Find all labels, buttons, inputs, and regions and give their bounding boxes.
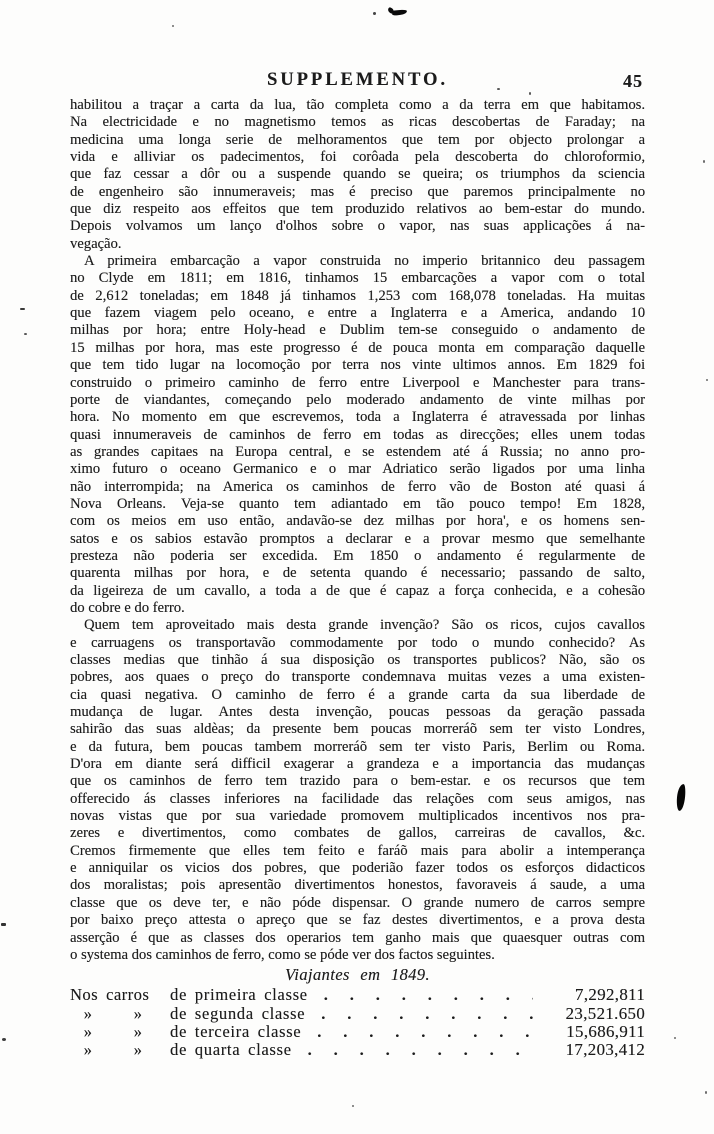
text-line: que fazem viagem pelo oceano, e entre a … [70, 305, 645, 322]
scanned-book-page: SUPPLEMENTO. 45 habilitou a traçar a car… [0, 0, 714, 1134]
text-line: e carruagens os transportavão commodamen… [70, 635, 645, 652]
page-title: SUPPLEMENTO. [70, 70, 645, 91]
scan-speck [2, 1038, 6, 1041]
text-line: no Clyde em 1811; em 1816, tinhamos 15 e… [70, 270, 645, 287]
text-line: e anniquilar os vicios dos pobres, que p… [70, 860, 645, 877]
text-line: medicina uma longa serie de melhoramento… [70, 132, 645, 149]
scan-speck [1, 923, 6, 926]
scan-speck [24, 333, 27, 335]
row-class-label: de terceira classe [170, 1023, 301, 1041]
dot-leader: . . . . . . . . . . . . . . . . [308, 987, 533, 1005]
paragraph: A primeira embarcação a vapor construida… [70, 253, 645, 617]
text-line: dos moralistas; pois apresentão divertim… [70, 877, 645, 894]
ink-blob-artifact [676, 784, 686, 812]
text-line: hora. No momento em que escrevemos, toda… [70, 409, 645, 426]
body-text: habilitou a traçar a carta da lua, tão c… [70, 97, 645, 964]
table-row: »»de quarta classe. . . . . . . . . . . … [70, 1041, 645, 1059]
text-line: A primeira embarcação a vapor construida… [70, 253, 645, 270]
scan-speck [706, 379, 708, 381]
text-line: as grandes capitaes na Europa central, e… [70, 444, 645, 461]
text-line: do cobre e do ferro. [70, 600, 645, 617]
text-line: e da futura, bem poucas tambem morreráõ … [70, 739, 645, 756]
scan-speck [674, 1037, 676, 1039]
text-line: cia quasi negativa. O caminho de ferro é… [70, 687, 645, 704]
scan-speck [352, 1105, 354, 1107]
scan-speck [172, 25, 174, 27]
text-line: classes medias que tinhão á sua disposiç… [70, 652, 645, 669]
text-line: de 2,612 toneladas; em 1848 já tinhamos … [70, 288, 645, 305]
ditto-mark: » [70, 1041, 106, 1059]
ditto-mark: » [70, 1023, 106, 1041]
scan-speck [703, 160, 705, 163]
page-number: 45 [623, 71, 643, 92]
text-line: Cremos firmemente que elles tem feito e … [70, 843, 645, 860]
row-value: 17,203,412 [533, 1041, 645, 1059]
page-content: habilitou a traçar a carta da lua, tão c… [70, 97, 645, 1060]
text-line: sahirão das suas aldèas; da presente bem… [70, 721, 645, 738]
text-line: pobres, aos quaes o preço do transporte … [70, 669, 645, 686]
text-line: offerecido ás classes inferiores na faci… [70, 791, 645, 808]
row-class-label: de segunda classe [170, 1005, 305, 1023]
text-line: habilitou a traçar a carta da lua, tão c… [70, 97, 645, 114]
section-heading: Viajantes em 1849. [70, 966, 645, 984]
text-line: mudança de lugar. Antes desta invenção, … [70, 704, 645, 721]
text-line: satos e os sabios estavão promptos a dec… [70, 531, 645, 548]
row-label-part: Nos [70, 986, 106, 1004]
ditto-mark: » [106, 1023, 170, 1041]
text-line: asserção é que as classes dos operarios … [70, 930, 645, 947]
row-class-label: de primeira classe [170, 986, 308, 1004]
text-line: novas vistas que por sua variedade promo… [70, 808, 645, 825]
row-value: 23,521.650 [533, 1005, 645, 1023]
row-value: 15,686,911 [533, 1023, 645, 1041]
passenger-table: Noscarrosde primeira classe. . . . . . .… [70, 986, 645, 1060]
text-line: presteza não poderia ser excedida. Em 18… [70, 548, 645, 565]
text-line: D'ora em diante será difficil exagerar a… [70, 756, 645, 773]
scan-speck [497, 88, 500, 90]
text-line: que faz cessar a dôr ou a suspende quand… [70, 166, 645, 183]
text-line: que os caminhos de ferro tem trazido par… [70, 773, 645, 790]
scan-speck [373, 12, 376, 15]
paragraph: habilitou a traçar a carta da lua, tão c… [70, 97, 645, 253]
ink-squiggle-artifact [392, 9, 407, 16]
dot-leader: . . . . . . . . . . . . . . . . [292, 1042, 533, 1060]
text-line: que diz respeito aos effeitos que tem pr… [70, 201, 645, 218]
ditto-mark: » [106, 1041, 170, 1059]
ditto-mark: » [70, 1005, 106, 1023]
text-line: quasi innumeraveis de caminhos de ferro … [70, 427, 645, 444]
scan-speck [20, 308, 25, 310]
scan-speck [529, 92, 531, 95]
paragraph: Quem tem aproveitado mais desta grande i… [70, 617, 645, 964]
text-line: o systema dos caminhos de ferro, como se… [70, 947, 645, 964]
row-class-label: de quarta classe [170, 1041, 292, 1059]
text-line: de engenheiro são innumeraveis; mas é pr… [70, 184, 645, 201]
row-label-part: carros [106, 986, 170, 1004]
text-line: quarenta milhas por hora, e de setenta q… [70, 565, 645, 582]
dot-leader: . . . . . . . . . . . . . . . . [301, 1024, 533, 1042]
text-line: Nova Orleans. Veja-se quanto tem adianta… [70, 496, 645, 513]
row-value: 7,292,811 [533, 986, 645, 1004]
text-line: Quem tem aproveitado mais desta grande i… [70, 617, 645, 634]
text-line: que tem tido lugar na locomoção por terr… [70, 357, 645, 374]
text-line: por baixo preço attesta o apreço que se … [70, 912, 645, 929]
text-line: porte de viandantes, começando pelo mode… [70, 392, 645, 409]
dot-leader: . . . . . . . . . . . . . . . . [305, 1006, 533, 1024]
text-line: construido o primeiro caminho de ferro e… [70, 375, 645, 392]
text-line: vida e alliviar os padecimentos, foi cor… [70, 149, 645, 166]
text-line: não interrompida; na America os caminhos… [70, 479, 645, 496]
text-line: milhas por hora; entre Holy-head e Dubli… [70, 322, 645, 339]
text-line: 15 milhas por hora, mas este progresso é… [70, 340, 645, 357]
table-row: Noscarrosde primeira classe. . . . . . .… [70, 986, 645, 1004]
table-row: »»de segunda classe. . . . . . . . . . .… [70, 1005, 645, 1023]
ditto-mark: » [106, 1005, 170, 1023]
text-line: vegação. [70, 236, 645, 253]
text-line: ximo futuro o oceano Germanico e o mar A… [70, 461, 645, 478]
text-line: classe que os deve ter, e não póde dispe… [70, 895, 645, 912]
text-line: Depois volvamos um lanço d'olhos sobre o… [70, 218, 645, 235]
text-line: zeres e divertimentos, como combates de … [70, 825, 645, 842]
running-header: SUPPLEMENTO. 45 [70, 70, 645, 94]
table-row: »»de terceira classe. . . . . . . . . . … [70, 1023, 645, 1041]
text-line: da ligeireza de um cavallo, a toda a de … [70, 583, 645, 600]
text-line: com os meios em uso então, andavão-se de… [70, 513, 645, 530]
text-line: Na electricidade e no magnetismo temos a… [70, 114, 645, 131]
scan-speck [705, 1091, 707, 1094]
